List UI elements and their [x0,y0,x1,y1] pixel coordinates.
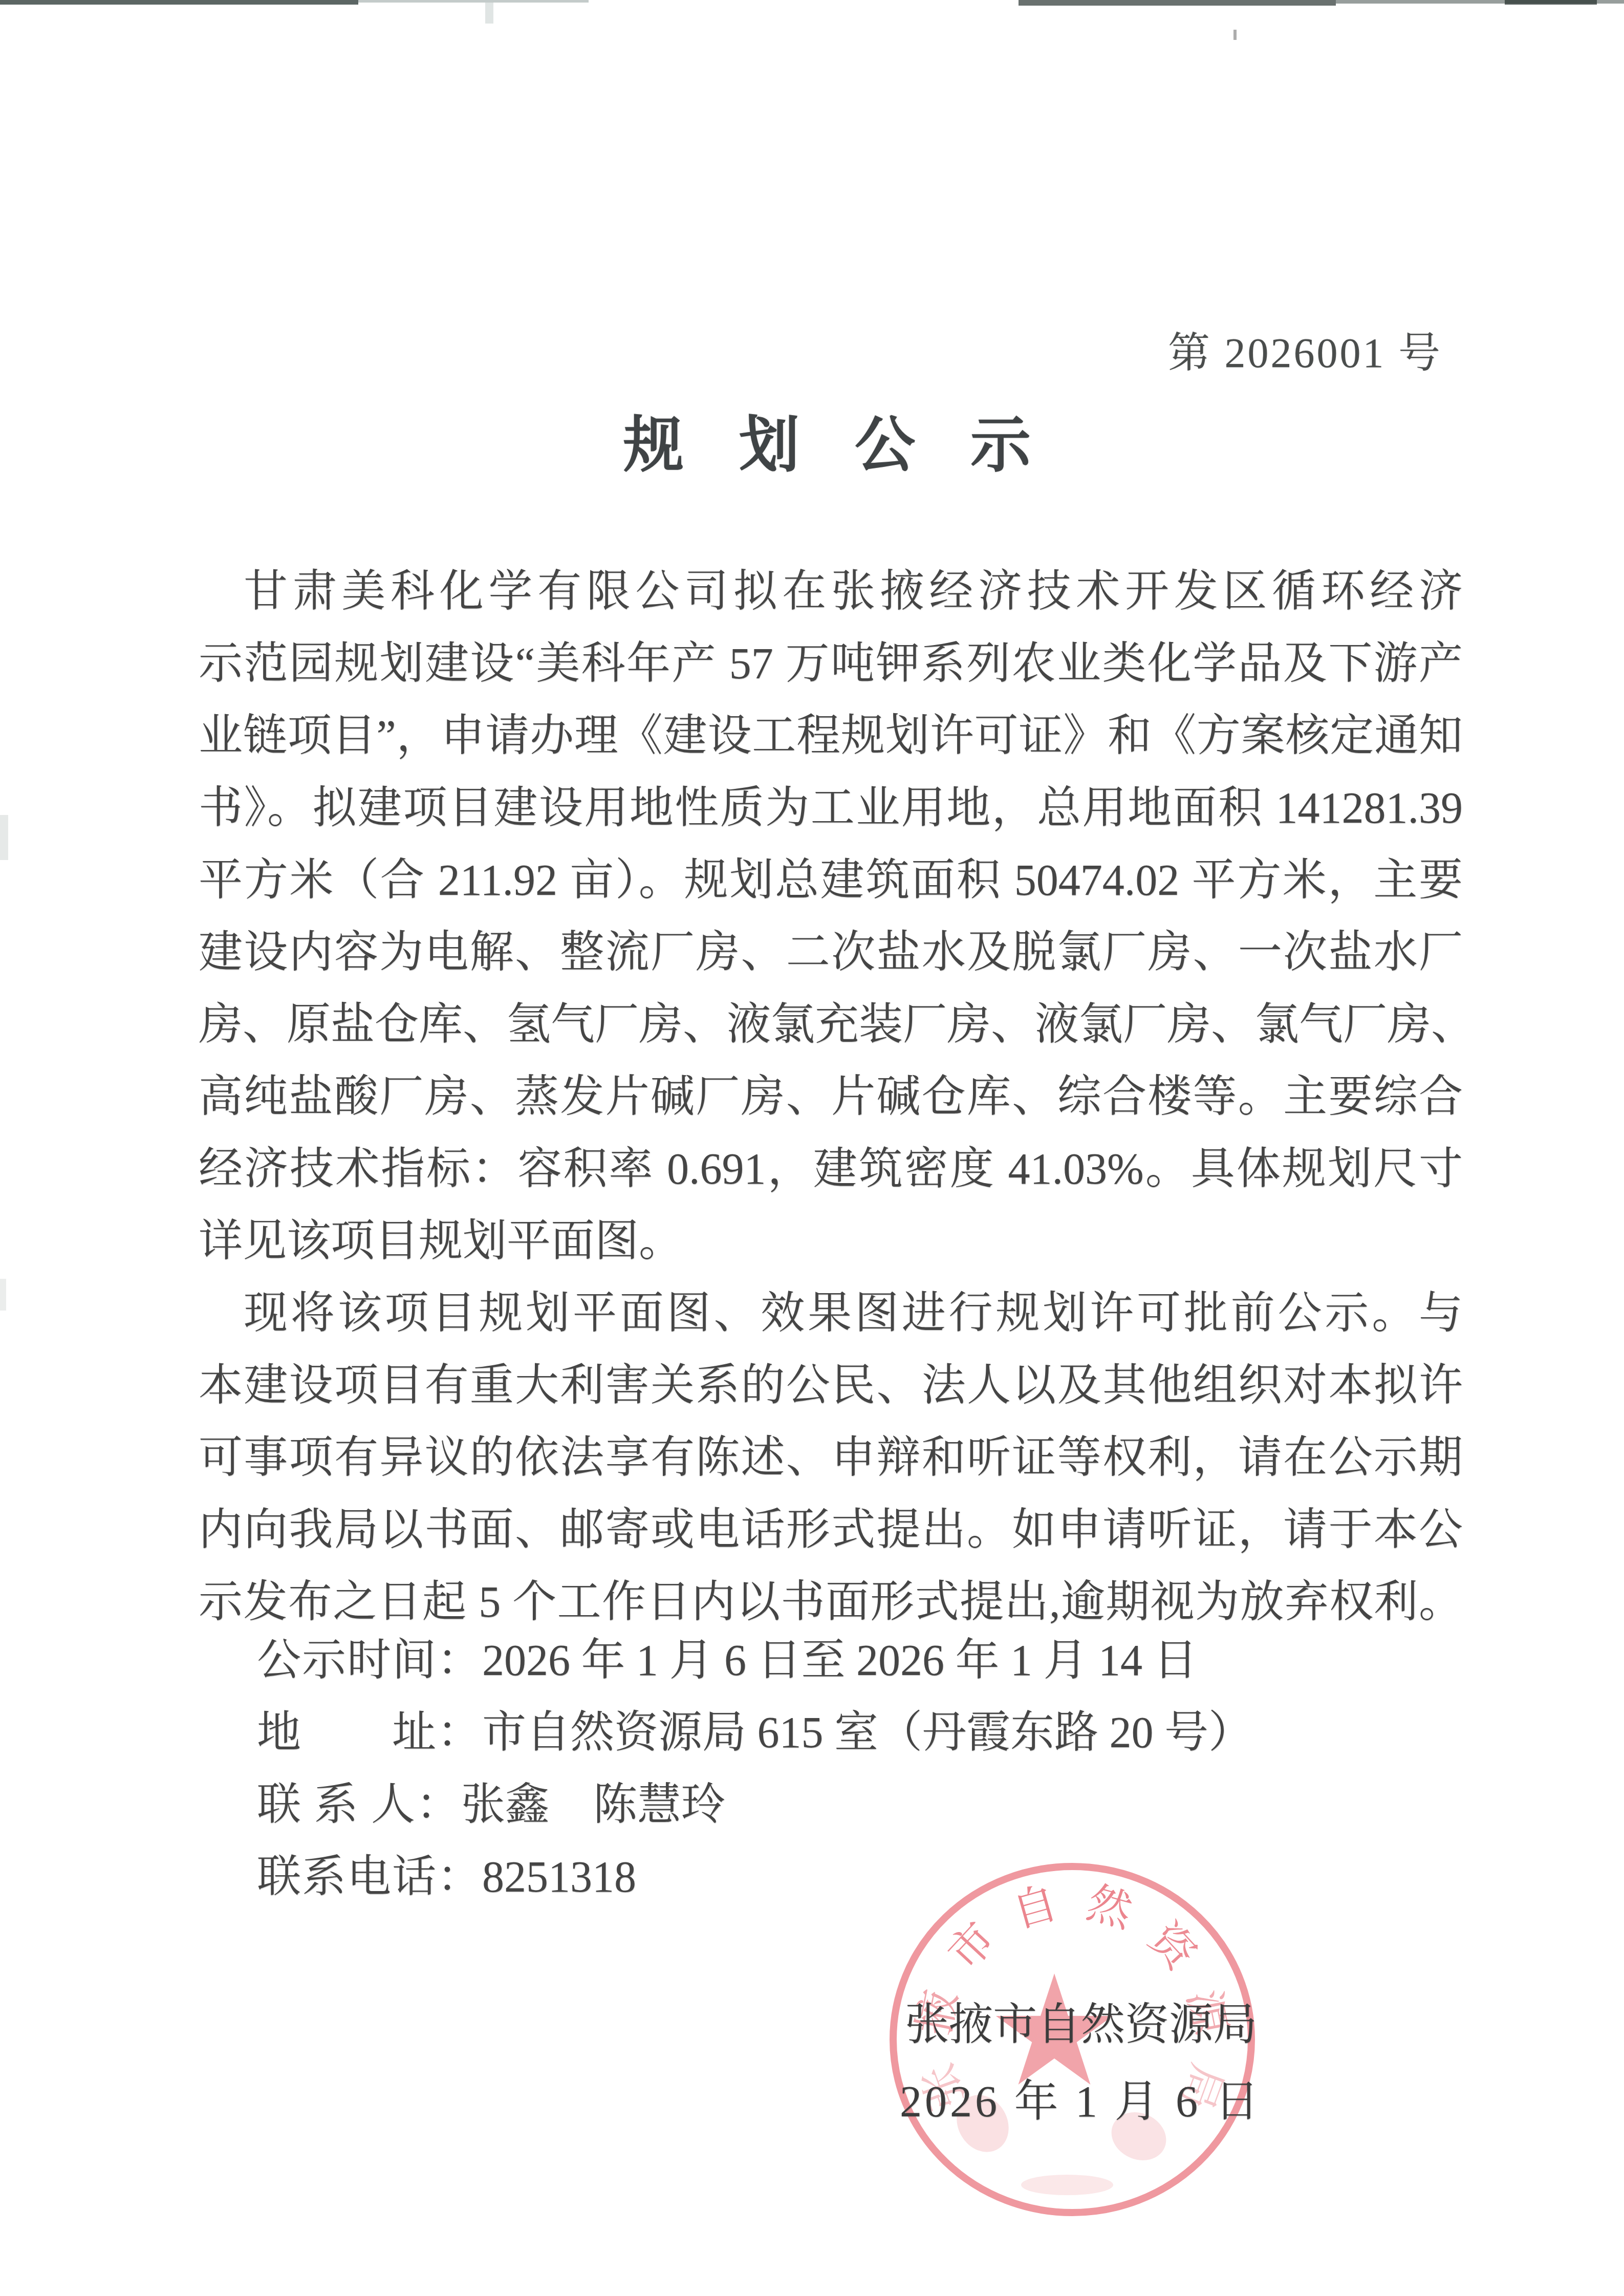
body-line: 现将该项目规划平面图、效果图进行规划许可批前公示。与 [199,1277,1463,1349]
address-label: 地 址： [257,1708,482,1757]
contact-phone-label: 联系电话： [257,1852,482,1901]
scan-noise [0,1279,6,1311]
body-line: 书》。拟建项目建设用地性质为工业用地，总用地面积 141281.39 [199,772,1463,844]
body-line: 内向我局以书面、邮寄或电话形式提出。如申请听证，请于本公 [199,1494,1463,1566]
body-text: 甘肃美科化学有限公司拟在张掖经济技术开发区循环经济 示范园规划建设“美科年产 5… [199,555,1463,1638]
doc-number: 第 2026001 号 [1168,328,1442,379]
scan-noise [1336,0,1624,4]
svg-text:市: 市 [939,1914,1005,1979]
body-line: 示范园规划建设“美科年产 57 万吨钾系列农业类化学品及下游产 [199,628,1463,700]
body-line: 经济技术指标：容积率 0.691，建筑密度 41.03%。具体规划尺寸 [199,1133,1463,1205]
address-line: 地 址：市自然资源局 615 室（丹霞东路 20 号） [199,1697,1463,1769]
body-line: 房、原盐仓库、氢气厂房、液氯充装厂房、液氯厂房、氯气厂房、 [199,989,1463,1061]
body-line: 建设内容为电解、整流厂房、二次盐水及脱氯厂房、一次盐水厂 [199,916,1463,989]
body-line: 平方米（合 211.92 亩）。规划总建筑面积 50474.02 平方米，主要 [199,844,1463,916]
scan-noise [1233,30,1237,40]
contact-person-value: 张鑫 陈慧玲 [461,1780,725,1829]
scanned-notice-page: 第 2026001 号 规划公示 甘肃美科化学有限公司拟在张掖经济技术开发区循环… [0,0,1624,2296]
body-line: 业链项目”，申请办理《建设工程规划许可证》和《方案核定通知 [199,700,1463,772]
scan-noise [358,0,589,3]
contact-phone-line: 联系电话：8251318 [199,1841,1463,1913]
scan-noise [0,0,358,5]
signature-org: 张掖市自然资源局 [905,2001,1257,2049]
body-line: 甘肃美科化学有限公司拟在张掖经济技术开发区循环经济 [199,555,1463,628]
svg-text:自: 自 [1007,1878,1063,1937]
scan-noise [485,0,493,24]
svg-text:然: 然 [1082,1878,1138,1937]
notice-period-value: 2026 年 1 月 6 日至 2026 年 1 月 14 日 [482,1636,1198,1685]
notice-period-label: 公示时间： [257,1636,482,1685]
page-title: 规划公示 [623,407,1086,484]
scan-noise [1019,0,1336,6]
seal-smudge [1021,2175,1113,2195]
body-line: 可事项有异议的依法享有陈述、申辩和听证等权利，请在公示期 [199,1422,1463,1494]
contact-phone-value: 8251318 [482,1852,636,1901]
svg-text:资: 资 [1140,1914,1206,1980]
scan-noise [0,815,8,860]
address-value: 市自然资源局 615 室（丹霞东路 20 号） [482,1708,1252,1757]
body-line: 详见该项目规划平面图。 [199,1205,1463,1277]
body-line: 高纯盐酸厂房、蒸发片碱厂房、片碱仓库、综合楼等。主要综合 [199,1061,1463,1133]
contact-info: 公示时间：2026 年 1 月 6 日至 2026 年 1 月 14 日 地 址… [199,1624,1463,1913]
contact-person-label: 联 系 人： [257,1780,461,1829]
contact-person-line: 联 系 人：张鑫 陈慧玲 [199,1769,1463,1841]
notice-period-line: 公示时间：2026 年 1 月 6 日至 2026 年 1 月 14 日 [199,1624,1463,1697]
signature-date: 2026 年 1 月 6 日 [900,2077,1262,2126]
scan-noise [1505,0,1597,5]
body-line: 本建设项目有重大利害关系的公民、法人以及其他组织对本拟许 [199,1349,1463,1422]
